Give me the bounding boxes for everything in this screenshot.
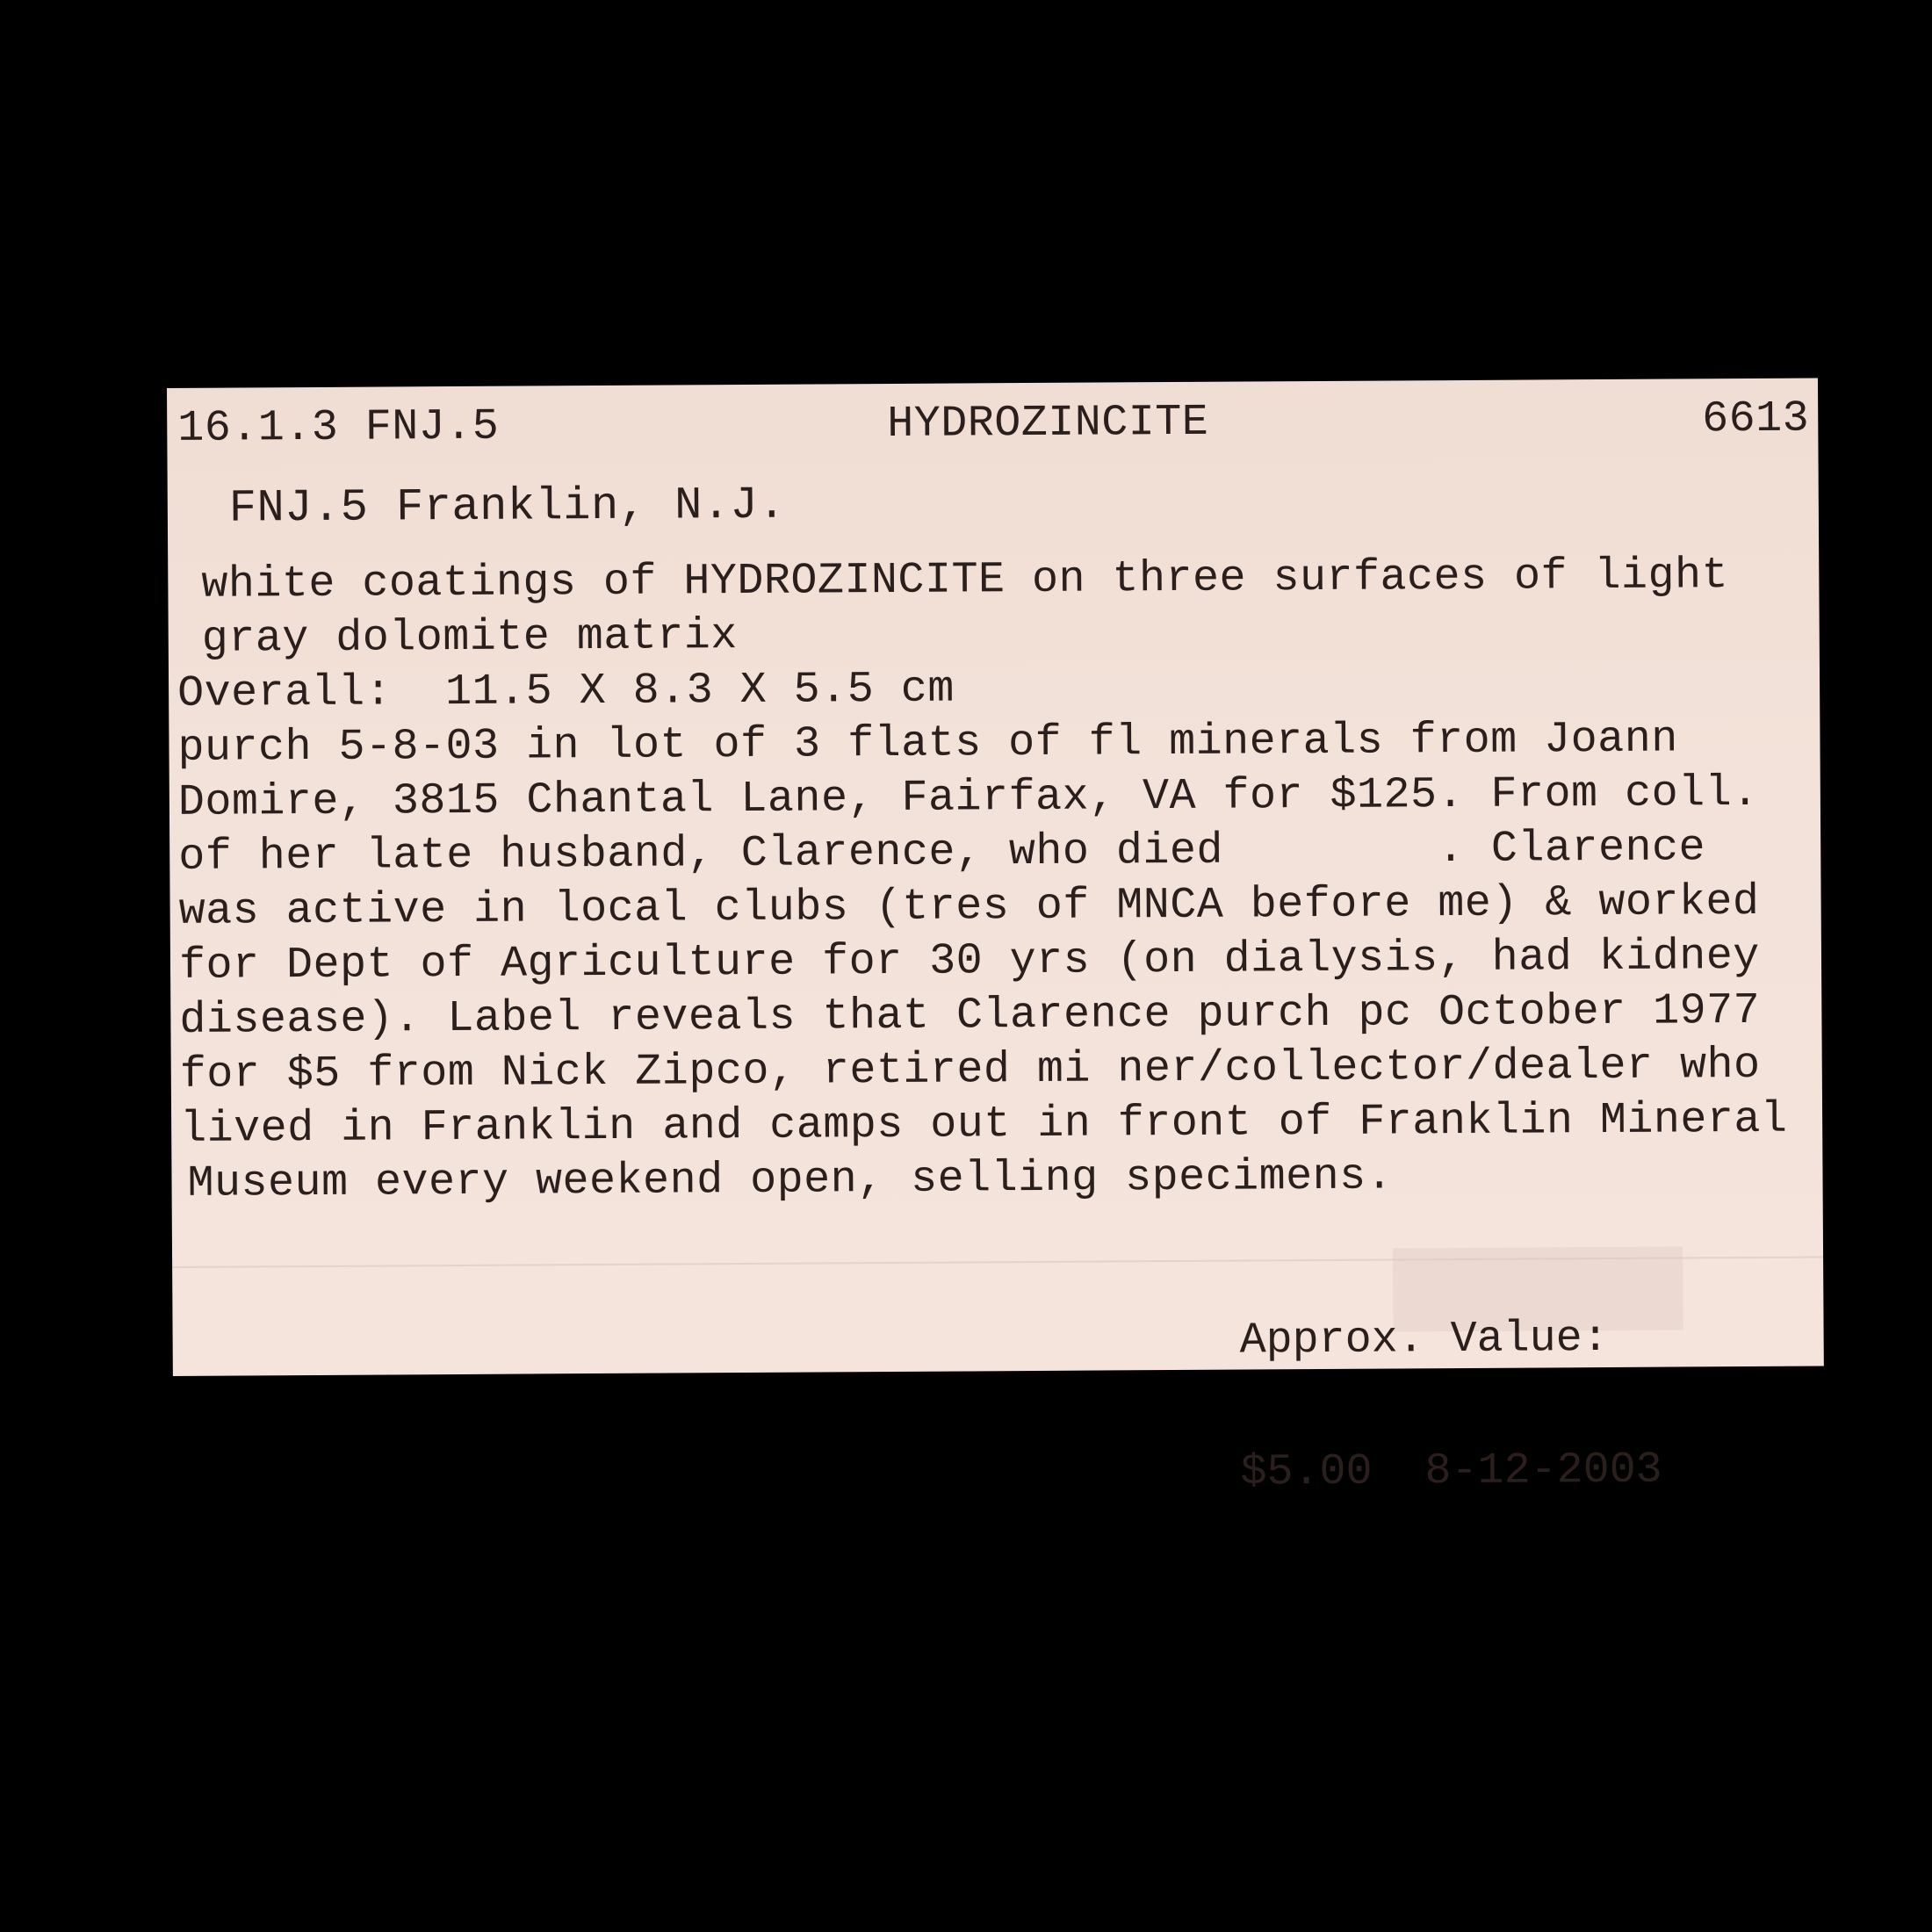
notes-line: Museum every weekend open, selling speci… bbox=[187, 1155, 1393, 1206]
notes-line: for $5 from Nick Zipco, retired mi ner/c… bbox=[180, 1044, 1761, 1098]
notes-line: Domire, 3815 Chantal Lane, Fairfax, VA f… bbox=[178, 772, 1759, 825]
approx-value-block: Approx. Value: $5.00 8-12-2003 bbox=[1239, 1229, 1663, 1583]
specimen-label-card: 16.1.3 FNJ.5 HYDROZINCITE 6613 FNJ.5 Fra… bbox=[167, 378, 1824, 1376]
notes-line: disease). Label reveals that Clarence pu… bbox=[179, 990, 1760, 1043]
value-date: 8-12-2003 bbox=[1424, 1445, 1662, 1497]
catalog-code: 16.1.3 FNJ.5 bbox=[177, 406, 499, 451]
notes-line: of her late husband, Clarence, who died … bbox=[178, 826, 1705, 880]
notes-line: purch 5-8-03 in lot of 3 flats of fl min… bbox=[177, 717, 1678, 770]
locality: FNJ.5 Franklin, N.J. bbox=[229, 483, 786, 532]
notes-line: lived in Franklin and camps out in front… bbox=[180, 1099, 1788, 1152]
description-line: gray dolomite matrix bbox=[202, 615, 738, 662]
specimen-number: 6613 bbox=[1702, 398, 1809, 443]
notes-line: for Dept of Agriculture for 30 yrs (on d… bbox=[179, 935, 1760, 989]
approx-value-row: $5.00 8-12-2003 bbox=[1240, 1449, 1662, 1496]
approx-value-label: Approx. Value: bbox=[1240, 1317, 1662, 1364]
approx-value: $5.00 bbox=[1240, 1447, 1372, 1498]
description-line: white coatings of HYDROZINCITE on three … bbox=[201, 554, 1728, 608]
mineral-name: HYDROZINCITE bbox=[887, 401, 1208, 447]
notes-line: was active in local clubs (tres of MNCA … bbox=[178, 881, 1759, 934]
dimensions: Overall: 11.5 X 8.3 X 5.5 cm bbox=[177, 668, 955, 717]
